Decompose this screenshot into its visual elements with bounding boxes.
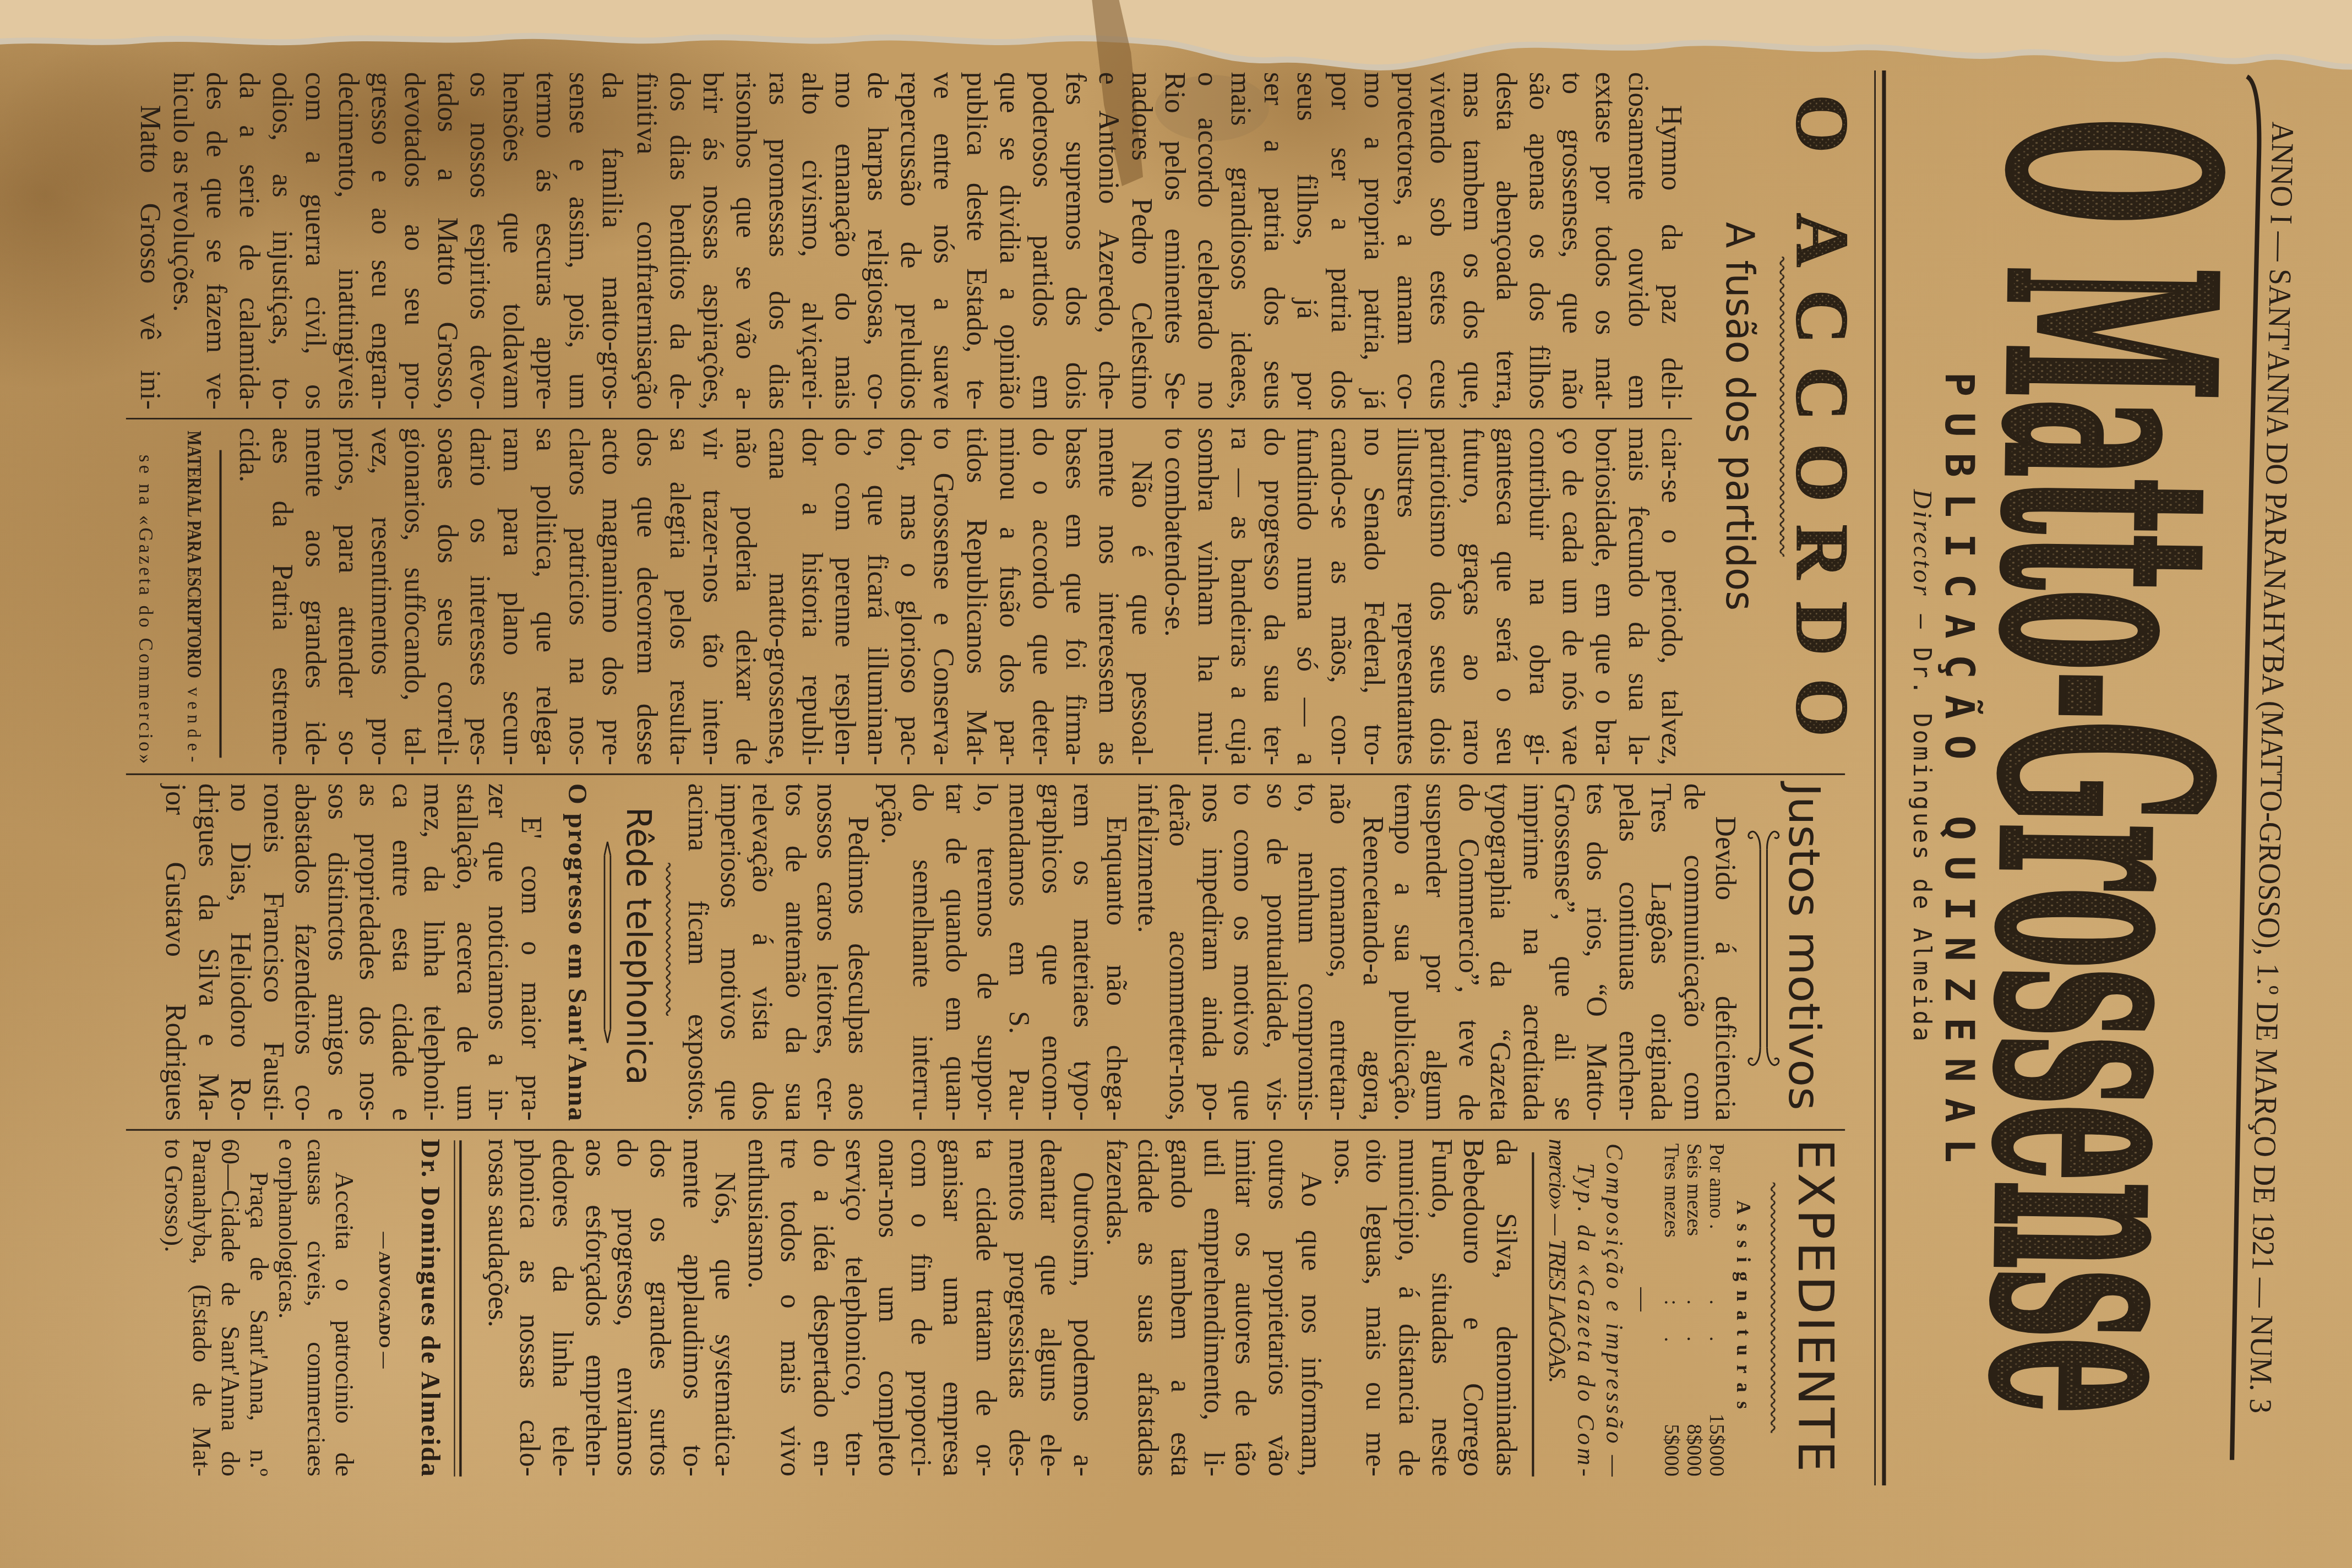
text-line: nadores Pedro Celestino (1124, 72, 1157, 410)
text-line: e Antonio Azeredo, che- (1091, 72, 1124, 410)
text-line: tempo a sua publicação. (1387, 783, 1419, 1121)
text-line: ca entre esta cidade e (385, 783, 417, 1121)
text-line: do semelhante interru- (906, 783, 938, 1121)
text-line: Fundo, situadas neste (1423, 1139, 1456, 1477)
wavy-rule-expediente (1770, 1183, 1777, 1433)
text-line: to como os motivos que (1227, 783, 1259, 1121)
advogado-name: Dr. Domingues de Almeida (416, 1139, 446, 1477)
text-line: tar de quando em quan- (938, 783, 970, 1121)
text-line: to, nenhum compromis- (1291, 783, 1323, 1121)
text-line: da a serie de calamida- (231, 72, 264, 410)
article-column-justos-motivos: Devido á deficiencia de communicação com… (681, 783, 1740, 1121)
text-line: mo a propria patria, já (1355, 72, 1389, 410)
wavy-rule-telephone (665, 863, 672, 1016)
text-line: Rio pelos eminentes Se- (1157, 72, 1190, 410)
text-line: aos esforçados emprehen- (578, 1139, 610, 1477)
text-line: por ser a patria dos (1322, 72, 1355, 410)
text-line: devotados ao seu pro- (396, 72, 429, 410)
text-line: Pedimos desculpas aos (842, 783, 874, 1121)
text-line: desta abençoada terra, (1488, 72, 1521, 410)
text-line: repercussão de preludios (892, 72, 925, 410)
text-line: alto civismo, alviçarei- (793, 72, 826, 410)
text-line: tre todos o mais vivo (773, 1139, 805, 1477)
article-subheading-progresso: O progresso em Sant'Anna (563, 783, 593, 1121)
text-line: patriotismo dos seus dois (1422, 428, 1455, 765)
text-line: vez, resentimentos pro- (363, 428, 396, 765)
text-line: jor Gustavo Rodrigues (159, 783, 192, 1121)
text-line: Praça de Sant'Anna, n.º (244, 1139, 273, 1477)
text-line: Hymno da paz deli- (1653, 72, 1686, 410)
text-line: pelas continuas enchen- (1611, 783, 1643, 1121)
text-line: mez, da linha telephoni- (417, 783, 449, 1121)
text-line: drigues da Silva e Ma- (191, 783, 224, 1121)
text-line: tes dos rios, “O Matto- (1580, 783, 1611, 1121)
text-line: ciar-se o periodo, talvez, (1653, 428, 1686, 765)
text-line: mentos progressistas des- (1000, 1139, 1033, 1477)
text-line: ganisar uma empresa (935, 1139, 968, 1477)
text-line: acto magnanimo dos pre- (595, 428, 628, 765)
article-column-rede-telephonica: E' com o maior pra- zer que noticiamos a… (159, 783, 546, 1121)
text-line: cando-se as mãos, con- (1322, 428, 1355, 765)
text-line: infelizmente. (1130, 783, 1162, 1121)
text-line: contribuir na obra gi- (1521, 428, 1554, 765)
text-line: hiculo as revoluções. (165, 72, 198, 410)
text-line: com a guerra civil, os (297, 72, 330, 410)
text-line: oito leguas, mais ou me- (1358, 1139, 1391, 1477)
article-column-accordo-1: Hymno da paz deli- ciosamente ouvido em … (132, 72, 1686, 410)
subscription-leader: . . (1705, 1299, 1728, 1341)
text-line: cidade as suas afastadas (1131, 1139, 1163, 1477)
text-line: mo emanação do mais (826, 72, 859, 410)
text-line: relevação á vista dos (745, 783, 777, 1121)
text-line: termo ás escuras appre- (529, 72, 562, 410)
text-line: ta cidade tratam de or- (968, 1139, 1000, 1477)
text-line: Ao que nos informam, (1293, 1139, 1326, 1477)
ad-material-title: MATERIAL PARA ESCRIPTORIO (183, 431, 205, 678)
text-line: seus filhos, já por (1289, 72, 1322, 410)
text-line: typographia da “Gazeta (1483, 783, 1515, 1121)
text-line: poderosos partidos em (1025, 72, 1058, 410)
text-line: Paranahyba, (Estado de Mat- (188, 1139, 216, 1477)
text-line: nos impediram ainda po- (1195, 783, 1227, 1121)
text-line: suspender por algum (1419, 783, 1451, 1121)
advogado-role: — ADVOGADO — (375, 1232, 394, 1369)
text-line: da familia matto-gros- (595, 72, 628, 410)
text-line: gantesca que será o seu (1488, 428, 1521, 765)
text-line: E' com o maior pra- (514, 783, 546, 1121)
text-line: dor, mas o glorioso pac- (892, 428, 925, 765)
text-line: stallação, acerca de um (449, 783, 482, 1121)
text-line: hensões que toldavam (496, 72, 529, 410)
article-column-accordo-2: ciar-se o periodo, talvez, mais fecundo … (231, 428, 1686, 765)
text-line: imitar os autores de tão (1228, 1139, 1261, 1477)
text-line: dedores da linha tele- (545, 1139, 578, 1477)
text-line: dos que decorrem desse (628, 428, 661, 765)
text-line: deantar que alguns ele- (1033, 1139, 1065, 1477)
text-line: derão acommetter-nos, (1162, 783, 1194, 1121)
text-line: Enquanto não chega- (1098, 783, 1130, 1121)
director-label: Director (1908, 488, 1938, 596)
text-line: não poderia deixar de (727, 428, 760, 765)
text-line: sa politica, que relega- (529, 428, 562, 765)
text-line: rosas saudações. (480, 1139, 513, 1477)
text-line: finitiva confraternisação (628, 72, 661, 410)
text-line: decimento, inattingiveis (330, 72, 363, 410)
text-line: Grossense”, que ali se (1548, 783, 1580, 1121)
subscription-label: Seis mezes (1683, 1144, 1706, 1236)
text-line: do Commercio”, teve de (1451, 783, 1483, 1121)
advogado-card: Acceita o patrocinio de causas civeis, c… (159, 1139, 358, 1477)
text-line: publica deste Estado, te- (959, 72, 992, 410)
text-line: to grossenses, que não (1554, 72, 1587, 410)
text-line: mas tambem os dos que, (1455, 72, 1488, 410)
newspaper-photo: ANNO I — SANT'ANNA DO PARANAHYBA (MATTO-… (0, 0, 2352, 1568)
text-line: dos os grandes surtos (643, 1139, 675, 1477)
text-line: pção. (874, 783, 906, 1121)
text-line: o accordo celebrado no (1190, 72, 1223, 410)
text-line: fazendas. (1098, 1139, 1130, 1477)
text-line: tados a Matto Grosso, (429, 72, 462, 410)
text-line: roneis Francisco Fausti- (256, 783, 288, 1121)
text-line: mendamos em S. Pau- (1002, 783, 1034, 1121)
text-line: do com perenne resplen- (826, 428, 859, 765)
text-line: mente nos interessem as (1091, 428, 1124, 765)
text-line: odios, as injustiças, to- (264, 72, 297, 410)
text-line: nossos caros leitores, cer- (809, 783, 841, 1121)
text-line: cana matto-grossense, (760, 428, 793, 765)
text-line: ciosamente ouvido em (1620, 72, 1653, 410)
text-line: dor a historia republi- (793, 428, 826, 765)
text-line: brir ás nossas aspirações, (694, 72, 727, 410)
text-line: gresso e ao seu engran- (363, 72, 396, 410)
text-line: abastados fazendeiros co- (288, 783, 320, 1121)
text-line: futuro, graças ao raro (1455, 428, 1488, 765)
text-line: sa alegria pelos resulta- (661, 428, 694, 765)
ad-material-tail: vende- (183, 687, 203, 762)
text-line: minou a fusão dos par- (992, 428, 1025, 765)
text-line: tos de antemão da sua (777, 783, 809, 1121)
double-line-ornament (605, 842, 611, 1043)
text-line: to combatendo-se. (1157, 428, 1190, 765)
text-line: ve entre nós a suave (925, 72, 959, 410)
subscription-label: Tres mezes (1660, 1144, 1683, 1238)
credits-line: mercio» — TRES LAGÔAS. (1544, 1139, 1571, 1384)
text-line: serviço telephonico, ten- (838, 1139, 870, 1477)
text-line: sense e assim, pois, um (562, 72, 595, 410)
text-line: no Senado Federal, tro- (1355, 428, 1389, 765)
newspaper-page: ANNO I — SANT'ANNA DO PARANAHYBA (MATTO-… (0, 0, 2352, 1568)
text-line: claros patricios na nos- (562, 428, 595, 765)
text-line: de harpas religiosas, co- (859, 72, 892, 410)
text-line: mente aos grandes ide- (297, 428, 330, 765)
text-line: ra — as bandeiras a cuja (1223, 428, 1256, 765)
text-line: imperiosos motivos que (713, 783, 745, 1121)
text-line: imprime na acreditada (1515, 783, 1547, 1121)
text-line: mais fecundo da sua la- (1620, 428, 1653, 765)
text-line: Devido á deficiencia (1708, 783, 1740, 1121)
text-line: to Grossense e Conserva- (925, 428, 959, 765)
text-line: são apenas os dos filhos (1521, 72, 1554, 410)
text-line: protectores, a amam co- (1389, 72, 1422, 410)
text-line: Tres Lagôas originada (1644, 783, 1676, 1121)
text-line: rem os materiaes typo- (1066, 783, 1098, 1121)
director-name: — Dr. Domingues de Almeida (1908, 597, 1935, 1041)
text-line: mais grandiosos ideaes, (1223, 72, 1256, 410)
text-line: mente applaudimos to- (675, 1139, 707, 1477)
text-line: fundindo numa só — a (1289, 428, 1322, 765)
text-line: Não é que pessoal- (1124, 428, 1157, 765)
text-line: ço de cada um de nós vae (1554, 428, 1587, 765)
text-line: enthusiasmo. (741, 1139, 773, 1477)
text-line: so de pontualidade, vis- (1259, 783, 1291, 1121)
text-line: no Dias, Heliodoro Ro- (224, 783, 256, 1121)
text-line: os nossos espiritos devo- (462, 72, 496, 410)
text-line: Acceita o patrocinio de (330, 1139, 358, 1477)
text-line: Nós, que systematica- (707, 1139, 740, 1477)
article-column-rede-telephonica-cont: da Silva, denominadas Bebedouro e Correg… (480, 1139, 1521, 1477)
article-heading-justos-motivos: Justos motivos (1779, 780, 1830, 1110)
text-line: to Grosso). (159, 1139, 188, 1477)
text-line: util emprehendimento, li- (1196, 1139, 1228, 1477)
text-line: do o accordo que deter- (1025, 428, 1058, 765)
text-line: ram para plano secun- (496, 428, 529, 765)
text-line: 60—Cidade de Sant'Anna do (216, 1139, 244, 1477)
text-line: do progresso da sua ter- (1256, 428, 1289, 765)
text-line: dario os interesses pes- (462, 428, 496, 765)
subscription-row: Tres mezes : . 5$000 (1660, 1144, 1683, 1477)
article-heading-accordo: O ACCORDO (1781, 95, 1863, 737)
subscription-price: 8$000 (1683, 1424, 1706, 1476)
newspaper-title: O Matto-Grossense (1928, 116, 2278, 1417)
text-line: ser a patria dos seus (1256, 72, 1289, 410)
text-line: to, que ficará illuminan- (859, 428, 892, 765)
text-line: outros proprietarios vão (1261, 1139, 1293, 1477)
text-line: sos distinctos amigos e (320, 783, 353, 1121)
ad-material-line2: se na «Gazeta do Commercio» (135, 455, 157, 764)
text-line: graphicos que encom- (1034, 783, 1066, 1121)
text-line: do a idéa despertado en- (805, 1139, 838, 1477)
text-line: aes da Patria estreme- (264, 428, 297, 765)
text-line: phonica as nossas calo- (513, 1139, 545, 1477)
text-line: não tomamos, entretan- (1323, 783, 1355, 1121)
text-line: lo, teremos de suppor- (970, 783, 1002, 1121)
text-line: cida. (231, 428, 264, 765)
credits-line: Typ. da «Gazeta do Com- (1572, 1163, 1599, 1477)
subscription-row: Seis mezes . . 8$000 (1683, 1144, 1706, 1477)
text-line: zer que noticiamos a in- (482, 783, 514, 1121)
text-line: sombra vinham ha mui- (1190, 428, 1223, 765)
text-line: des de que se fazem ve- (198, 72, 231, 410)
text-line: dos dias benditos da de- (661, 72, 694, 410)
text-line: Outrosim, podemos a- (1065, 1139, 1098, 1477)
text-line: com o fim de proporci- (903, 1139, 935, 1477)
subscription-label: Por anno . (1705, 1144, 1728, 1229)
subscription-leader: . . (1683, 1299, 1706, 1341)
text-line: nos. (1326, 1139, 1358, 1477)
text-line: extase por todos os mat- (1587, 72, 1620, 410)
text-line: causas civeis, commerciaes (302, 1139, 330, 1477)
text-line: as propriedades dos nos- (352, 783, 385, 1121)
wavy-rule (1778, 257, 1786, 557)
expediente-separator: — (1630, 1287, 1656, 1311)
text-line: municipio, á distancia de (1391, 1139, 1423, 1477)
text-line: bases em que foi firma- (1058, 428, 1091, 765)
text-line: de communicação com (1676, 783, 1708, 1121)
text-line: do progresso, enviamos (610, 1139, 643, 1477)
expediente-heading: EXPEDIENTE (1787, 1139, 1844, 1472)
text-line: gando tambem a esta (1163, 1139, 1196, 1477)
text-line: acima ficam expostos. (681, 783, 713, 1121)
text-line: tidos Republicanos Mat- (959, 428, 992, 765)
text-line: Reencetando-a agora, (1355, 783, 1387, 1121)
subscription-row: Por anno . . . 15$000 (1705, 1144, 1728, 1477)
text-line: soaes dos seus correli- (429, 428, 462, 765)
scroll-ornament (1749, 831, 1779, 1065)
text-line: que se dividia a opinião (992, 72, 1025, 410)
credits-line: Composição e impressão — (1601, 1144, 1627, 1477)
text-line: vir trazer-nos tão inten- (694, 428, 727, 765)
text-line: Matto Grosso vê ini- (132, 72, 165, 410)
text-line: Bebedouro e Corrego (1456, 1139, 1488, 1477)
text-line: risonhos que se vão a- (727, 72, 760, 410)
text-line: illustres representantes (1389, 428, 1422, 765)
text-line: vivendo sob estes ceus (1422, 72, 1455, 410)
text-line: ras promessas dos dias (760, 72, 793, 410)
text-line: onar-nos um completo (870, 1139, 903, 1477)
subscription-price: 5$000 (1660, 1424, 1683, 1476)
subscription-price: 15$000 (1705, 1413, 1728, 1476)
subscriptions-title: Assignaturas (1733, 1200, 1755, 1409)
article-subheading-accordo: A fusão dos partidos (1717, 222, 1763, 611)
director-line: Director — Dr. Domingues de Almeida (1908, 488, 1938, 1041)
article-heading-rede-telephonica: Rêde telephonica (619, 807, 659, 1085)
text-line: e orphanologicas. (273, 1139, 302, 1477)
text-line: prios, para attender so- (330, 428, 363, 765)
text-line: boriosidade, em que o bra- (1587, 428, 1620, 765)
text-line: gionarios, suffocando, tal- (396, 428, 429, 765)
text-line: da Silva, denominadas (1489, 1139, 1521, 1477)
subscription-leader: : . (1660, 1299, 1683, 1342)
text-line: fes supremos dos dois (1058, 72, 1091, 410)
